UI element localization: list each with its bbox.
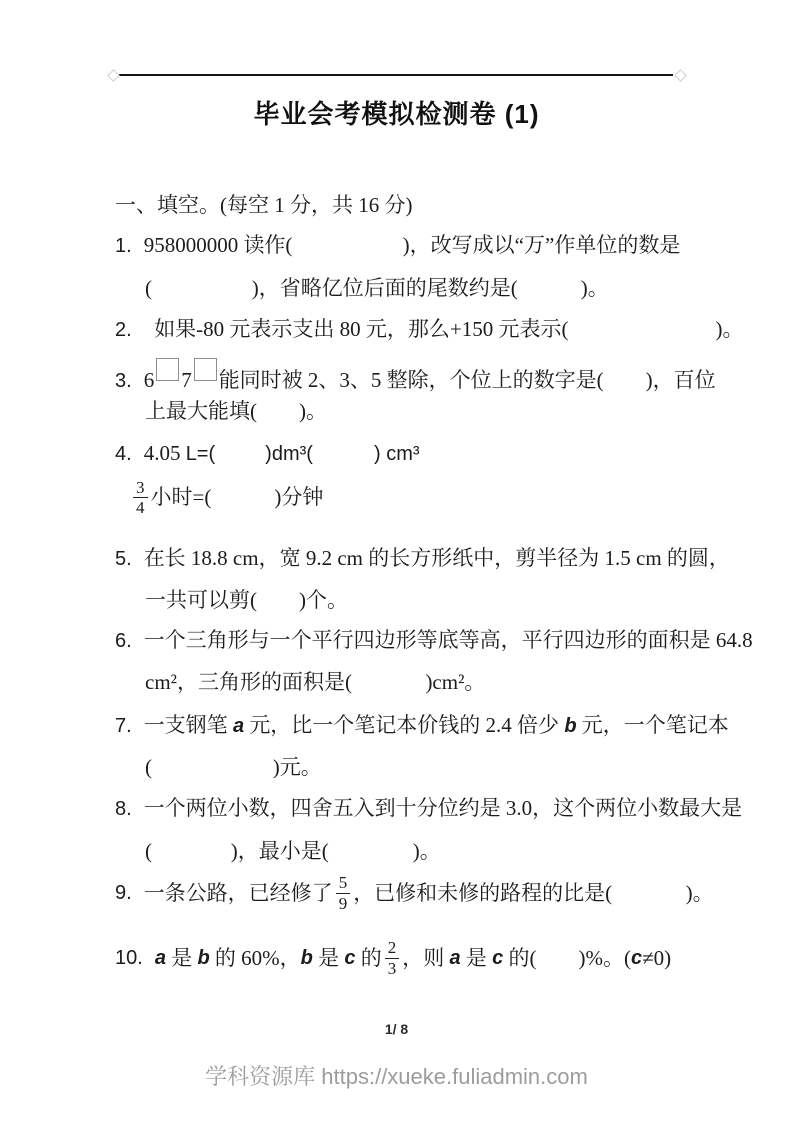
- question-1-line-1: 1.958000000 读作( )，改写成以“万”作单位的数是: [115, 232, 680, 260]
- question-number: 3.: [115, 370, 132, 392]
- rule-anchor-icon: [674, 69, 687, 82]
- question-text: 能同时被 2、3、5 整除，个位上的数字是( )，百位: [219, 368, 716, 392]
- question-text: 小时=( )分钟: [151, 484, 324, 511]
- question-text: 是: [313, 945, 345, 972]
- fraction-denominator: 9: [336, 893, 351, 913]
- question-8-line-2: ( )，最小是( )。: [145, 838, 441, 865]
- question-text: 元，一个笔记本: [577, 713, 729, 737]
- question-text: 是: [461, 945, 493, 972]
- variable-b: b: [301, 945, 313, 972]
- question-4-line-2: 34小时=( )分钟: [130, 470, 323, 525]
- question-text: 如果-80 元表示支出 80 元，那么+150 元表示( )。: [144, 317, 744, 341]
- question-number: 2.: [115, 319, 132, 341]
- question-text: 958000000 读作( )，改写成以“万”作单位的数是: [144, 233, 681, 257]
- fraction: 23: [385, 938, 400, 977]
- question-5-line-2: 一共可以剪( )个。: [145, 587, 348, 614]
- fraction-numerator: 5: [336, 873, 351, 892]
- question-text: cm²，三角形的面积是( )cm²。: [145, 670, 485, 694]
- variable-b: b: [197, 945, 209, 972]
- question-text: 一共可以剪( )个。: [145, 588, 348, 612]
- variable-c: c: [344, 945, 355, 972]
- question-text: 的 60%，: [210, 945, 301, 972]
- question-4-line-1: 4.4.05 L=( )dm³( ) cm³: [115, 440, 420, 468]
- question-text: 的: [356, 945, 382, 972]
- question-text: ，已修和未修的路程的比是( )。: [353, 880, 714, 907]
- question-8-line-1: 8.一个两位小数，四舍五入到十分位约是 3.0，这个两位小数最大是: [115, 795, 742, 823]
- blank-square-box: [156, 358, 179, 381]
- question-text: ( )，省略亿位后面的尾数约是( )。: [145, 276, 609, 300]
- question-2-line-1: 2. 如果-80 元表示支出 80 元，那么+150 元表示( )。: [115, 316, 744, 344]
- question-number: 1.: [115, 235, 132, 257]
- question-number: 8.: [115, 798, 132, 820]
- header-rule: [119, 74, 673, 76]
- question-text: 元，比一个笔记本价钱的 2.4 倍少: [244, 713, 564, 737]
- question-text: ≠0): [642, 945, 671, 972]
- variable-b: b: [564, 715, 576, 737]
- variable-c: c: [492, 945, 503, 972]
- watermark: 学科资源库 https://xueke.fuliadmin.com: [0, 1060, 793, 1091]
- question-number: 9.: [115, 880, 132, 907]
- question-text: 4.05: [144, 441, 186, 465]
- question-text: 一个三角形与一个平行四边形等底等高，平行四边形的面积是 64.8: [144, 628, 753, 652]
- question-7-line-1: 7.一支钢笔 a 元，比一个笔记本价钱的 2.4 倍少 b 元，一个笔记本: [115, 712, 729, 740]
- question-text: ( )，最小是( )。: [145, 839, 441, 863]
- question-3-line-2: 上最大能填( )。: [145, 398, 327, 425]
- question-text: 7: [181, 368, 192, 392]
- fraction: 59: [336, 873, 351, 912]
- question-text: 在长 18.8 cm，宽 9.2 cm 的长方形纸中，剪半径为 1.5 cm 的…: [144, 546, 730, 570]
- variable-c: c: [631, 945, 642, 972]
- variable-a: a: [233, 715, 244, 737]
- page-title: 毕业会考模拟检测卷 (1): [0, 97, 793, 131]
- question-9-line-1: 9.一条公路，已经修了59，已修和未修的路程的比是( )。: [115, 864, 714, 922]
- question-text: 的( )%。(: [503, 945, 631, 972]
- exam-page: 毕业会考模拟检测卷 (1) 一、填空。(每空 1 分，共 16 分) 1.958…: [0, 0, 793, 1122]
- section-heading: 一、填空。(每空 1 分，共 16 分): [115, 192, 413, 219]
- question-number: 7.: [115, 715, 132, 737]
- question-3-line-1: 3.67能同时被 2、3、5 整除，个位上的数字是( )，百位: [115, 358, 716, 395]
- question-text: ( )元。: [145, 755, 322, 779]
- variable-a: a: [155, 945, 166, 972]
- question-10-line-1: 10.a 是 b 的 60%，b 是 c 的23，则 a 是 c 的( )%。(…: [115, 929, 671, 987]
- question-text: 一个两位小数，四舍五入到十分位约是 3.0，这个两位小数最大是: [144, 796, 743, 820]
- fraction-numerator: 2: [385, 938, 400, 957]
- fraction: 34: [133, 478, 148, 517]
- question-1-line-2: ( )，省略亿位后面的尾数约是( )。: [145, 275, 609, 302]
- question-6-line-2: cm²，三角形的面积是( )cm²。: [145, 669, 485, 696]
- question-7-line-2: ( )元。: [145, 754, 322, 781]
- question-text: 一条公路，已经修了: [144, 880, 333, 907]
- rule-anchor-icon: [107, 69, 120, 82]
- blank-square-box: [194, 358, 217, 381]
- variable-a: a: [450, 945, 461, 972]
- fraction-numerator: 3: [133, 478, 148, 497]
- fraction-denominator: 4: [133, 497, 148, 517]
- question-number: 10.: [115, 945, 143, 972]
- question-text: 6: [144, 368, 155, 392]
- question-number: 5.: [115, 548, 132, 570]
- question-5-line-1: 5.在长 18.8 cm，宽 9.2 cm 的长方形纸中，剪半径为 1.5 cm…: [115, 545, 730, 573]
- question-text: ，则: [402, 945, 449, 972]
- question-6-line-1: 6.一个三角形与一个平行四边形等底等高，平行四边形的面积是 64.8: [115, 627, 753, 655]
- question-number: 6.: [115, 630, 132, 652]
- page-number: 1/ 8: [0, 1021, 793, 1037]
- section-heading-text: 一、填空。(每空 1 分，共 16 分): [115, 193, 413, 217]
- question-text: L=( )dm³( ) cm³: [186, 443, 420, 465]
- fraction-denominator: 3: [385, 958, 400, 978]
- question-text: 上最大能填( )。: [145, 399, 327, 423]
- question-number: 4.: [115, 443, 132, 465]
- question-text: 是: [166, 945, 198, 972]
- question-text: 一支钢笔: [144, 713, 233, 737]
